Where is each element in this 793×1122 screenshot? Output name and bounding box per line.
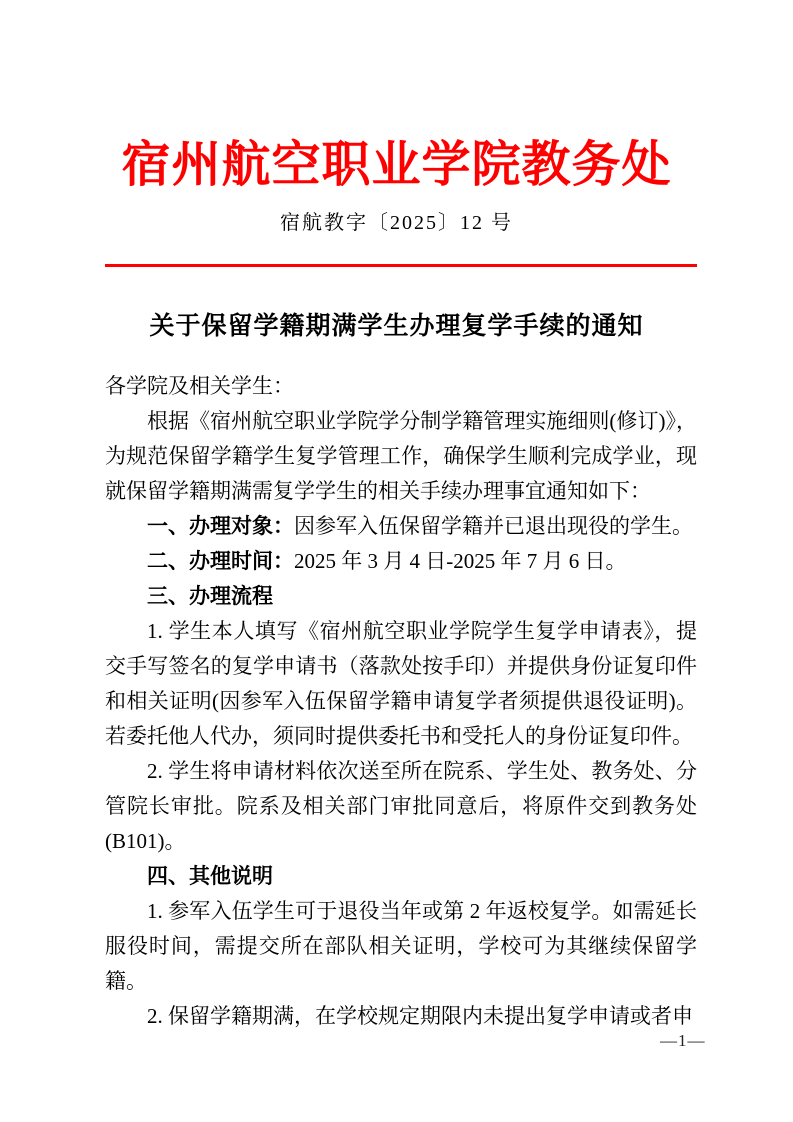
paragraph-text: 根据《宿州航空职业学院学分制学籍管理实施细则(修订)》，为规范保留学籍学生复学管… [105,409,697,503]
body-paragraph: 三、办理流程 [105,579,697,614]
body-paragraph: 1. 学生本人填写《宿州航空职业学院学生复学申请表》，提交手写签名的复学申请书（… [105,614,697,754]
notice-body: 各学院及相关学生： 根据《宿州航空职业学院学分制学籍管理实施细则(修订)》，为规… [105,369,697,1034]
paragraph-text: 1. 参军入伍学生可于退役当年或第 2 年返校复学。如需延长服役时间，需提交所在… [105,899,697,993]
document-number: 宿航教字〔2025〕12 号 [0,210,793,236]
red-header-divider [105,264,697,267]
paragraph-text: 1. 学生本人填写《宿州航空职业学院学生复学申请表》，提交手写签名的复学申请书（… [105,619,697,748]
notice-title: 关于保留学籍期满学生办理复学手续的通知 [0,309,793,343]
salutation-line: 各学院及相关学生： [105,369,697,404]
body-paragraph: 2. 保留学籍期满，在学校规定期限内未提出复学申请或者申 [105,999,697,1034]
body-paragraph: 二、办理时间：2025 年 3 月 4 日-2025 年 7 月 6 日。 [105,544,697,579]
section-heading: 三、办理流程 [147,585,273,608]
body-paragraph: 1. 参军入伍学生可于退役当年或第 2 年返校复学。如需延长服役时间，需提交所在… [105,894,697,999]
page-number: —1— [660,1030,706,1052]
document-page: 宿州航空职业学院教务处 宿航教字〔2025〕12 号 关于保留学籍期满学生办理复… [0,0,793,1122]
paragraph-text: 因参军入伍保留学籍并已退出现役的学生。 [294,514,693,538]
paragraph-text: 2. 保留学籍期满，在学校规定期限内未提出复学申请或者申 [147,1004,693,1028]
section-heading: 一、办理对象： [147,515,294,538]
issuing-org-title: 宿州航空职业学院教务处 [0,0,793,196]
paragraph-text: 2. 学生将申请材料依次送至所在院系、学生处、教务处、分管院长审批。院系及相关部… [105,759,697,853]
body-paragraph: 四、其他说明 [105,859,697,894]
section-heading: 二、办理时间： [147,550,294,573]
paragraph-text: 2025 年 3 月 4 日-2025 年 7 月 6 日。 [294,549,627,573]
body-paragraph: 2. 学生将申请材料依次送至所在院系、学生处、教务处、分管院长审批。院系及相关部… [105,754,697,859]
section-heading: 四、其他说明 [147,865,273,888]
body-paragraph: 根据《宿州航空职业学院学分制学籍管理实施细则(修订)》，为规范保留学籍学生复学管… [105,404,697,509]
body-paragraph: 一、办理对象：因参军入伍保留学籍并已退出现役的学生。 [105,509,697,544]
